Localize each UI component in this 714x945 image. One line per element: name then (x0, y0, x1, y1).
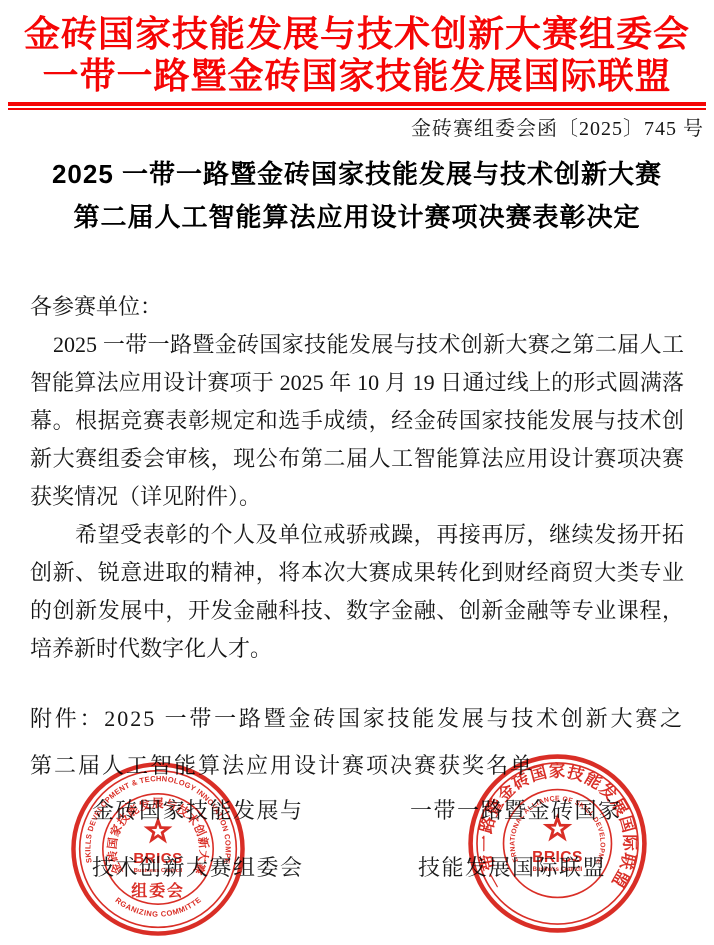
letterhead-org-line-2: 一带一路暨金砖国家技能发展国际联盟 (0, 55, 714, 97)
five-point-star-icon (543, 813, 573, 841)
red-seal-organizing-committee: BRICS SKILLS DEVELOPMENT & TECHNOLOGY IN… (69, 760, 247, 938)
red-seal-international-alliance: 一带一路暨金砖国家技能发展国际联盟 INTERNATIONAL ALLIANCE… (466, 752, 649, 935)
document-reference-number: 金砖赛组委会函〔2025〕745 号 (0, 117, 714, 142)
document-body: 各参赛单位： 2025 一带一路暨金砖国家技能发展与技术创新大赛之第二届人工智能… (30, 288, 684, 668)
letterhead-rule-thick (8, 102, 706, 106)
document-title-line-1: 2025 一带一路暨金砖国家技能发展与技术创新大赛 (0, 153, 714, 196)
letterhead-rule-thin (8, 108, 706, 110)
letterhead-org-line-1: 金砖国家技能发展与技术创新大赛组委会 (0, 13, 714, 55)
five-point-star-icon (144, 816, 173, 843)
salutation: 各参赛单位： (30, 288, 684, 326)
seal-right-brics-label: BRICS (532, 849, 583, 866)
letterhead: 金砖国家技能发展与技术创新大赛组委会 一带一路暨金砖国家技能发展国际联盟 (0, 0, 714, 97)
seal-left-brics-label: BRICS (133, 850, 182, 867)
svg-text:BRICS SKILLS DEVELOPMENT & TEC: BRICS SKILLS DEVELOPMENT & TECHNOLOGY IN… (69, 760, 233, 865)
document-title: 2025 一带一路暨金砖国家技能发展与技术创新大赛 第二届人工智能算法应用设计赛… (0, 153, 714, 239)
document-title-line-2: 第二届人工智能算法应用设计赛项决赛表彰决定 (0, 196, 714, 239)
body-paragraph-2: 希望受表彰的个人及单位戒骄戒躁，再接再厉，继续发扬开拓创新、锐意进取的精神，将本… (30, 516, 684, 668)
body-paragraph-1: 2025 一带一路暨金砖国家技能发展与技术创新大赛之第二届人工智能算法应用设计赛… (30, 326, 684, 516)
seal-left-outer-arc-top-text: BRICS SKILLS DEVELOPMENT & TECHNOLOGY IN… (69, 760, 233, 865)
official-document-page: 金砖国家技能发展与技术创新大赛组委会 一带一路暨金砖国家技能发展国际联盟 金砖赛… (0, 0, 714, 945)
seal-right-business-council-label: Business Council (533, 867, 583, 873)
seal-left-committee-label: 组委会 (131, 881, 184, 900)
seal-left-business-council-label: Business Council (134, 868, 183, 874)
